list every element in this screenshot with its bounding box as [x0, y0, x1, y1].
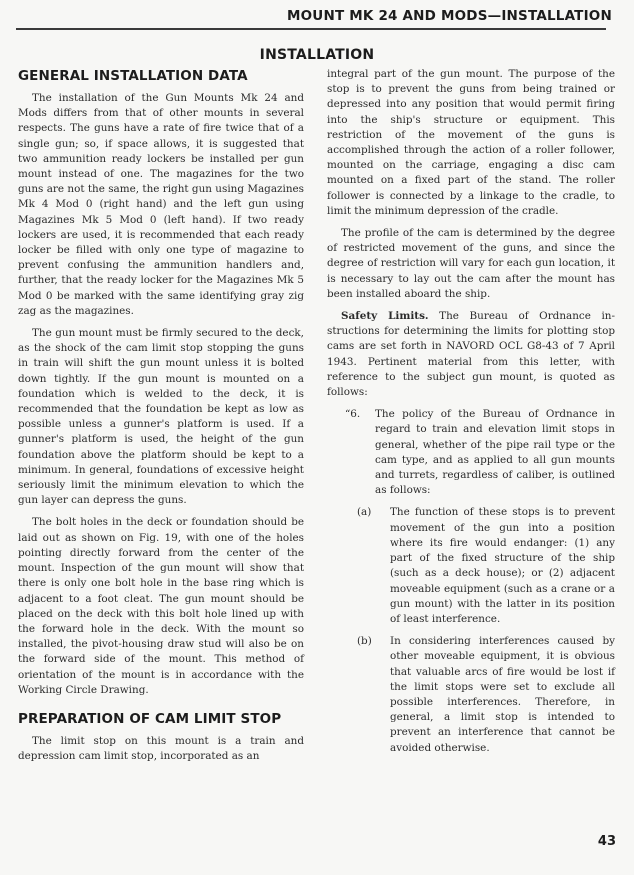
- paragraph-cam-limit-stop: The limit stop on this mount is a train …: [18, 734, 304, 764]
- document-page: MOUNT MK 24 AND MODS—INSTALLATION INSTAL…: [0, 0, 634, 875]
- quote-subitem-label: (b): [327, 634, 390, 756]
- quote-item-b: (b) In considering interferences caused …: [327, 634, 615, 756]
- heading-general-installation-data: GENERAL INSTALLATION DATA: [18, 67, 304, 85]
- paragraph-safety-limits: Safety Limits. The Bureau of Ordnance in…: [327, 309, 615, 400]
- paragraph-securing-mount: The gun mount must be firmly secured to …: [18, 326, 304, 508]
- paragraph-cam-profile: The profile of the cam is determined by …: [327, 226, 615, 302]
- quoted-policy: “6. The policy of the Bureau of Ordnance…: [327, 407, 615, 755]
- quote-subitem-text: The function of these stops is to pre­ve…: [390, 505, 615, 627]
- left-column: GENERAL INSTALLATION DATA The installati…: [18, 67, 304, 771]
- quote-item-6: “6. The policy of the Bureau of Ordnance…: [327, 407, 615, 498]
- header-rule: [16, 28, 606, 30]
- quote-item-a: (a) The function of these stops is to pr…: [327, 505, 615, 627]
- paragraph-bolt-holes: The bolt holes in the deck or foundation…: [18, 515, 304, 697]
- page-number: 43: [598, 834, 616, 849]
- quote-subitem-text: In considering interferences caused by o…: [390, 634, 615, 756]
- paragraph-continued: integral part of the gun mount. The purp…: [327, 67, 615, 219]
- right-column: integral part of the gun mount. The purp…: [327, 67, 615, 763]
- section-title: INSTALLATION: [0, 47, 634, 63]
- run-in-heading-safety-limits: Safety Limits.: [341, 310, 429, 322]
- quote-subitem-label: (a): [327, 505, 390, 627]
- safety-limits-text: The Bureau of Ordnance in­structions for…: [327, 310, 615, 398]
- quote-item-text: The policy of the Bureau of Ordnance in …: [375, 407, 615, 498]
- paragraph-installation-overview: The installation of the Gun Mounts Mk 24…: [18, 91, 304, 319]
- heading-preparation-cam-limit-stop: PREPARATION OF CAM LIMIT STOP: [18, 710, 304, 728]
- quote-item-number: “6.: [327, 407, 375, 498]
- running-head: MOUNT MK 24 AND MODS—INSTALLATION: [287, 8, 612, 24]
